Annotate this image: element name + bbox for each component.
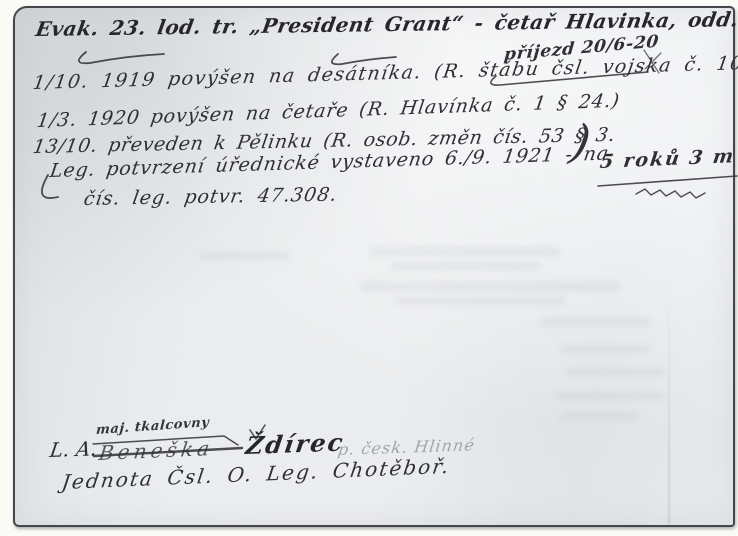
employer-name-struck: Beneška [97,436,215,465]
certificate-number-line: čís. leg. potvr. 47.308. [82,184,339,210]
bleed-through-smudge [370,247,560,256]
employer-initials: L. A. [48,436,98,462]
paper-fold-line [668,296,670,524]
bleed-through-smudge [560,345,650,353]
bleed-through-smudge [360,282,620,291]
bleed-through-smudge [560,412,640,420]
bleed-through-smudge [200,252,290,259]
bleed-through-smudge [555,392,665,400]
scan-background: Evak. 23. lod. tr. „President Grant“ - č… [0,0,738,536]
employer-place: Ždírec [244,428,347,460]
bleed-through-smudge [565,368,665,376]
bleed-through-smudge [395,297,565,305]
bleed-through-smudge [390,262,540,270]
bleed-through-smudge [540,318,650,326]
